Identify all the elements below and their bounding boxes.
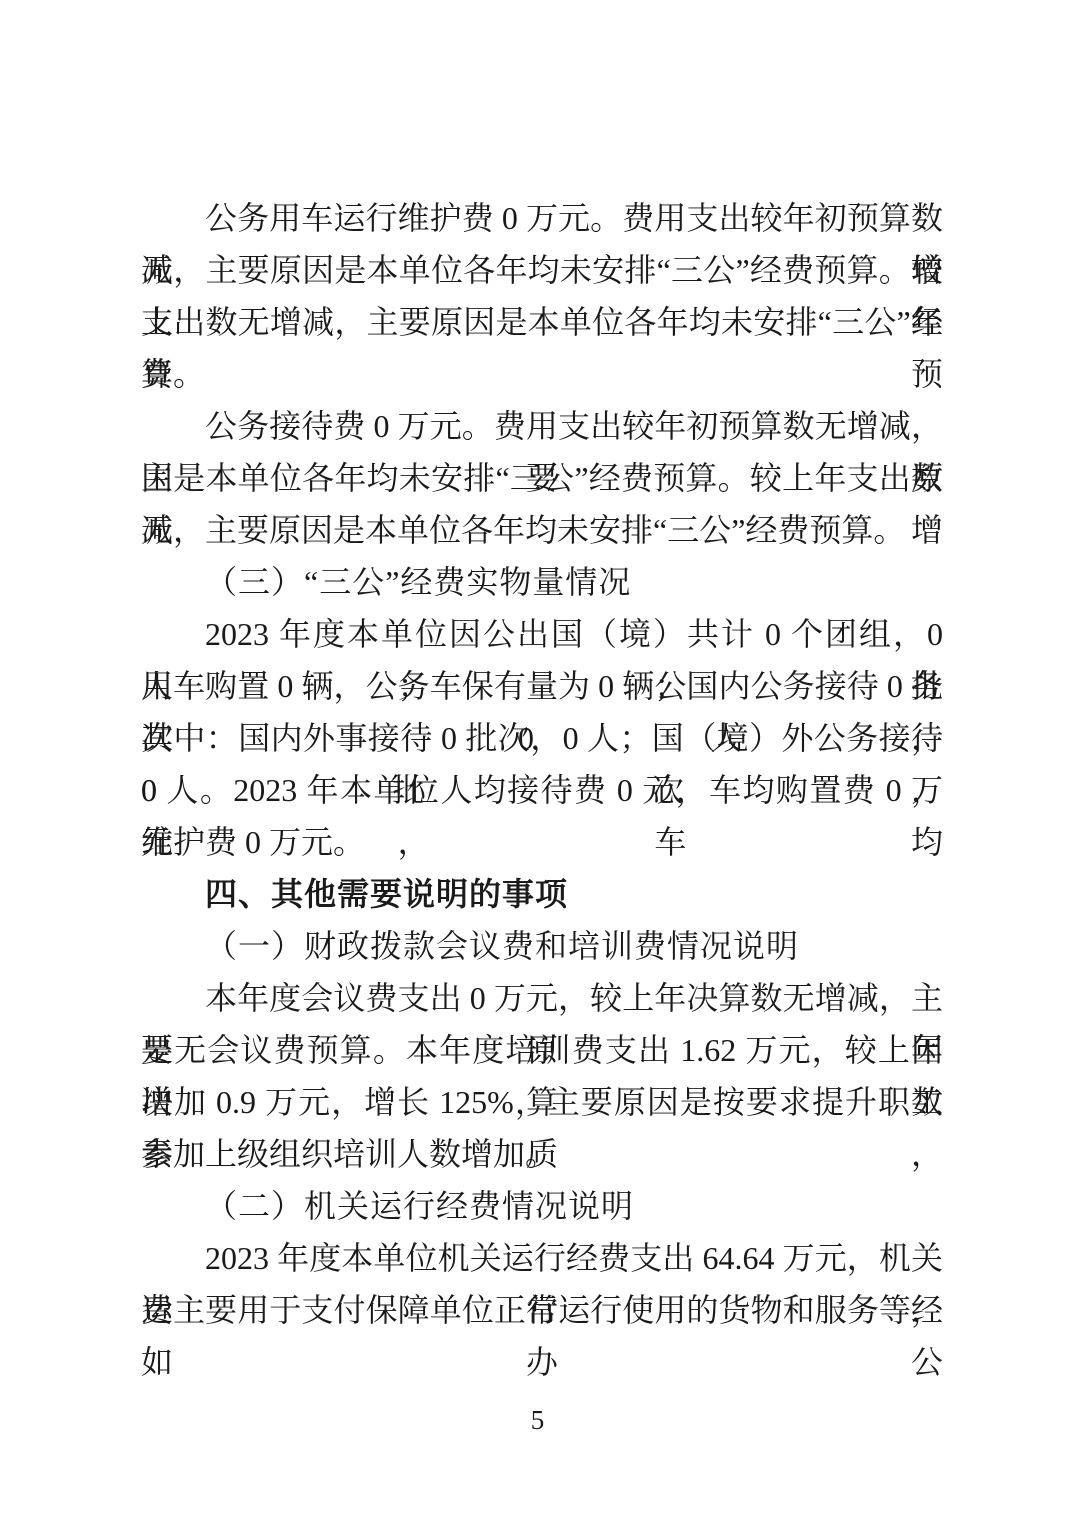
paragraph-line: 公务用车运行维护费 0 万元。费用支出较年初预算数无增 xyxy=(141,192,943,244)
paragraph-line: 其中：国内外事接待 0 批次，0 人；国（境）外公务接待 0 批次， xyxy=(141,712,943,764)
document-page: 公务用车运行维护费 0 万元。费用支出较年初预算数无增减，主要原因是本单位各年均… xyxy=(0,0,1075,1520)
page-number: 5 xyxy=(531,1405,545,1435)
paragraph-line: 减，主要原因是本单位各年均未安排“三公”经费预算。 xyxy=(141,504,943,556)
heading-meeting-and-training-fee: （一）财政拨款会议费和培训费情况说明 xyxy=(141,920,943,972)
paragraph-line: 费主要用于支付保障单位正常运行使用的货物和服务等，如办公 xyxy=(141,1284,943,1336)
heading-agency-operating-fee: （二）机关运行经费情况说明 xyxy=(141,1180,943,1232)
para-agency-operating-detail: 2023 年度本单位机关运行经费支出 64.64 万元，机关运行经费主要用于支付… xyxy=(141,1232,943,1336)
heading-line: （二）机关运行经费情况说明 xyxy=(141,1180,943,1232)
heading-line: （一）财政拨款会议费和培训费情况说明 xyxy=(141,920,943,972)
paragraph-line: 2023 年度本单位机关运行经费支出 64.64 万元，机关运行经 xyxy=(141,1232,943,1284)
para-official-reception-fee: 公务接待费 0 万元。费用支出较年初预算数无增减，主要原因是本单位各年均未安排“… xyxy=(141,400,943,556)
paragraph-line: 0 人。2023 年本单位人均接待费 0 元，车均购置费 0 万元，车均 xyxy=(141,764,943,816)
heading-line: （三）“三公”经费实物量情况 xyxy=(141,556,943,608)
paragraph-line: 是无会议费预算。本年度培训费支出 1.62 万元，较上年决算数 xyxy=(141,1024,943,1076)
paragraph-line: 因是本单位各年均未安排“三公”经费预算。较上年支出数无增 xyxy=(141,452,943,504)
heading-other-matters: 四、其他需要说明的事项 xyxy=(141,868,943,920)
heading-three-public-physical-quantity: （三）“三公”经费实物量情况 xyxy=(141,556,943,608)
paragraph-line: 支出数无增减，主要原因是本单位各年均未安排“三公”经费预 xyxy=(141,296,943,348)
paragraph-line: 增加 0.9 万元，增长 125%，主要原因是按要求提升职工素质， xyxy=(141,1076,943,1128)
paragraph-line: 用车购置 0 辆，公务车保有量为 0 辆；国内公务接待 0 批次 0 人， xyxy=(141,660,943,712)
para-official-vehicle-maintenance-fee: 公务用车运行维护费 0 万元。费用支出较年初预算数无增减，主要原因是本单位各年均… xyxy=(141,192,943,400)
page-footer: 5 xyxy=(0,1402,1075,1438)
heading-line: 四、其他需要说明的事项 xyxy=(141,868,943,920)
paragraph-line: 减，主要原因是本单位各年均未安排“三公”经费预算。较上年 xyxy=(141,244,943,296)
paragraph-line: 公务接待费 0 万元。费用支出较年初预算数无增减，主要原 xyxy=(141,400,943,452)
para-meeting-and-training-detail: 本年度会议费支出 0 万元，较上年决算数无增减，主要原因是无会议费预算。本年度培… xyxy=(141,972,943,1180)
para-physical-quantity-detail: 2023 年度本单位因公出国（境）共计 0 个团组，0 人；公务用车购置 0 辆… xyxy=(141,608,943,868)
paragraph-line: 2023 年度本单位因公出国（境）共计 0 个团组，0 人；公务 xyxy=(141,608,943,660)
document-body: 公务用车运行维护费 0 万元。费用支出较年初预算数无增减，主要原因是本单位各年均… xyxy=(141,192,943,1336)
paragraph-line: 本年度会议费支出 0 万元，较上年决算数无增减，主要原因 xyxy=(141,972,943,1024)
